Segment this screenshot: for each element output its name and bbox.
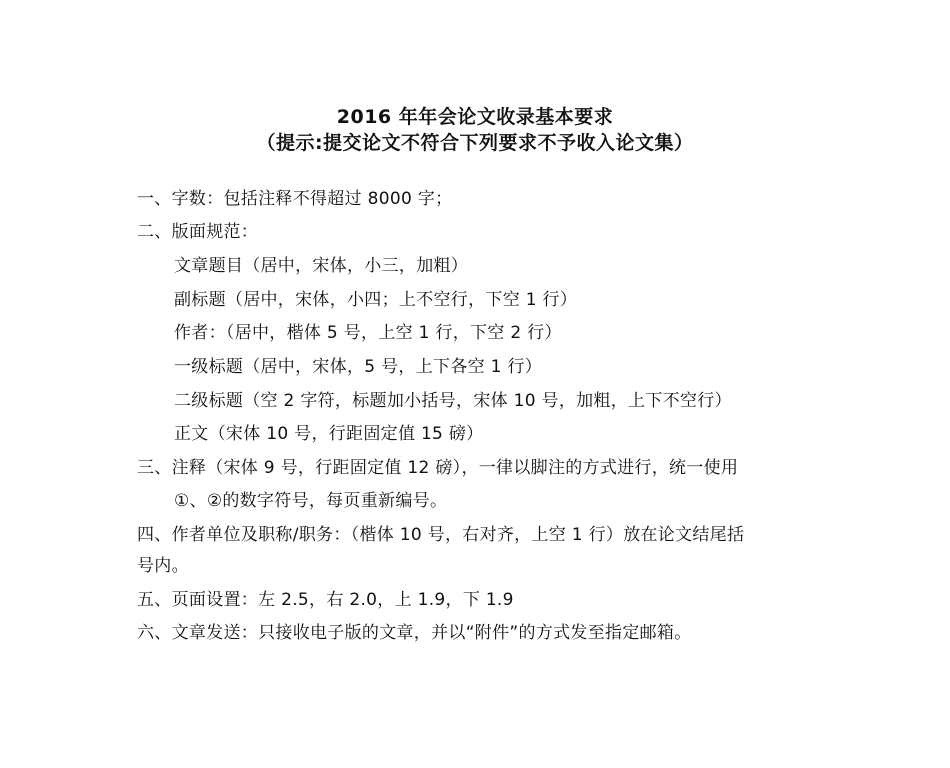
document-page: 2016 年年会论文收录基本要求 （提示:提交论文不符合下列要求不予收入论文集）… (0, 0, 950, 768)
item-article-title: 文章题目（居中，宋体，小三，加粗） (174, 255, 468, 277)
item-author-affiliation-cont: 号内。 (137, 555, 189, 577)
item-layout-spec: 二、版面规范： (137, 221, 258, 243)
item-subtitle: 副标题（居中，宋体，小四；上不空行，下空 1 行） (174, 289, 577, 311)
item-notes-cont: ①、②的数字符号，每页重新编号。 (174, 490, 447, 512)
item-body-text: 正文（宋体 10 号，行距固定值 15 磅） (174, 423, 483, 445)
item-author-affiliation: 四、作者单位及职称/职务：（楷体 10 号，右对齐，上空 1 行）放在论文结尾括 (137, 524, 744, 546)
item-level1-heading: 一级标题（居中，宋体，5 号，上下各空 1 行） (174, 356, 542, 378)
item-word-count: 一、字数：包括注释不得超过 8000 字； (137, 188, 452, 210)
item-level2-heading: 二级标题（空 2 字符，标题加小括号，宋体 10 号，加粗，上下不空行） (174, 390, 732, 412)
item-notes: 三、注释（宋体 9 号，行距固定值 12 磅），一律以脚注的方式进行，统一使用 (137, 457, 738, 479)
item-author: 作者：（居中，楷体 5 号，上空 1 行，下空 2 行） (174, 322, 562, 344)
item-submission: 六、文章发送：只接收电子版的文章，并以“附件”的方式发至指定邮箱。 (137, 622, 692, 644)
item-page-setup: 五、页面设置：左 2.5，右 2.0，上 1.9，下 1.9 (137, 589, 514, 611)
document-title: 2016 年年会论文收录基本要求 (0, 104, 950, 130)
document-subtitle: （提示:提交论文不符合下列要求不予收入论文集） (0, 130, 950, 156)
title-block: 2016 年年会论文收录基本要求 （提示:提交论文不符合下列要求不予收入论文集） (0, 104, 950, 156)
